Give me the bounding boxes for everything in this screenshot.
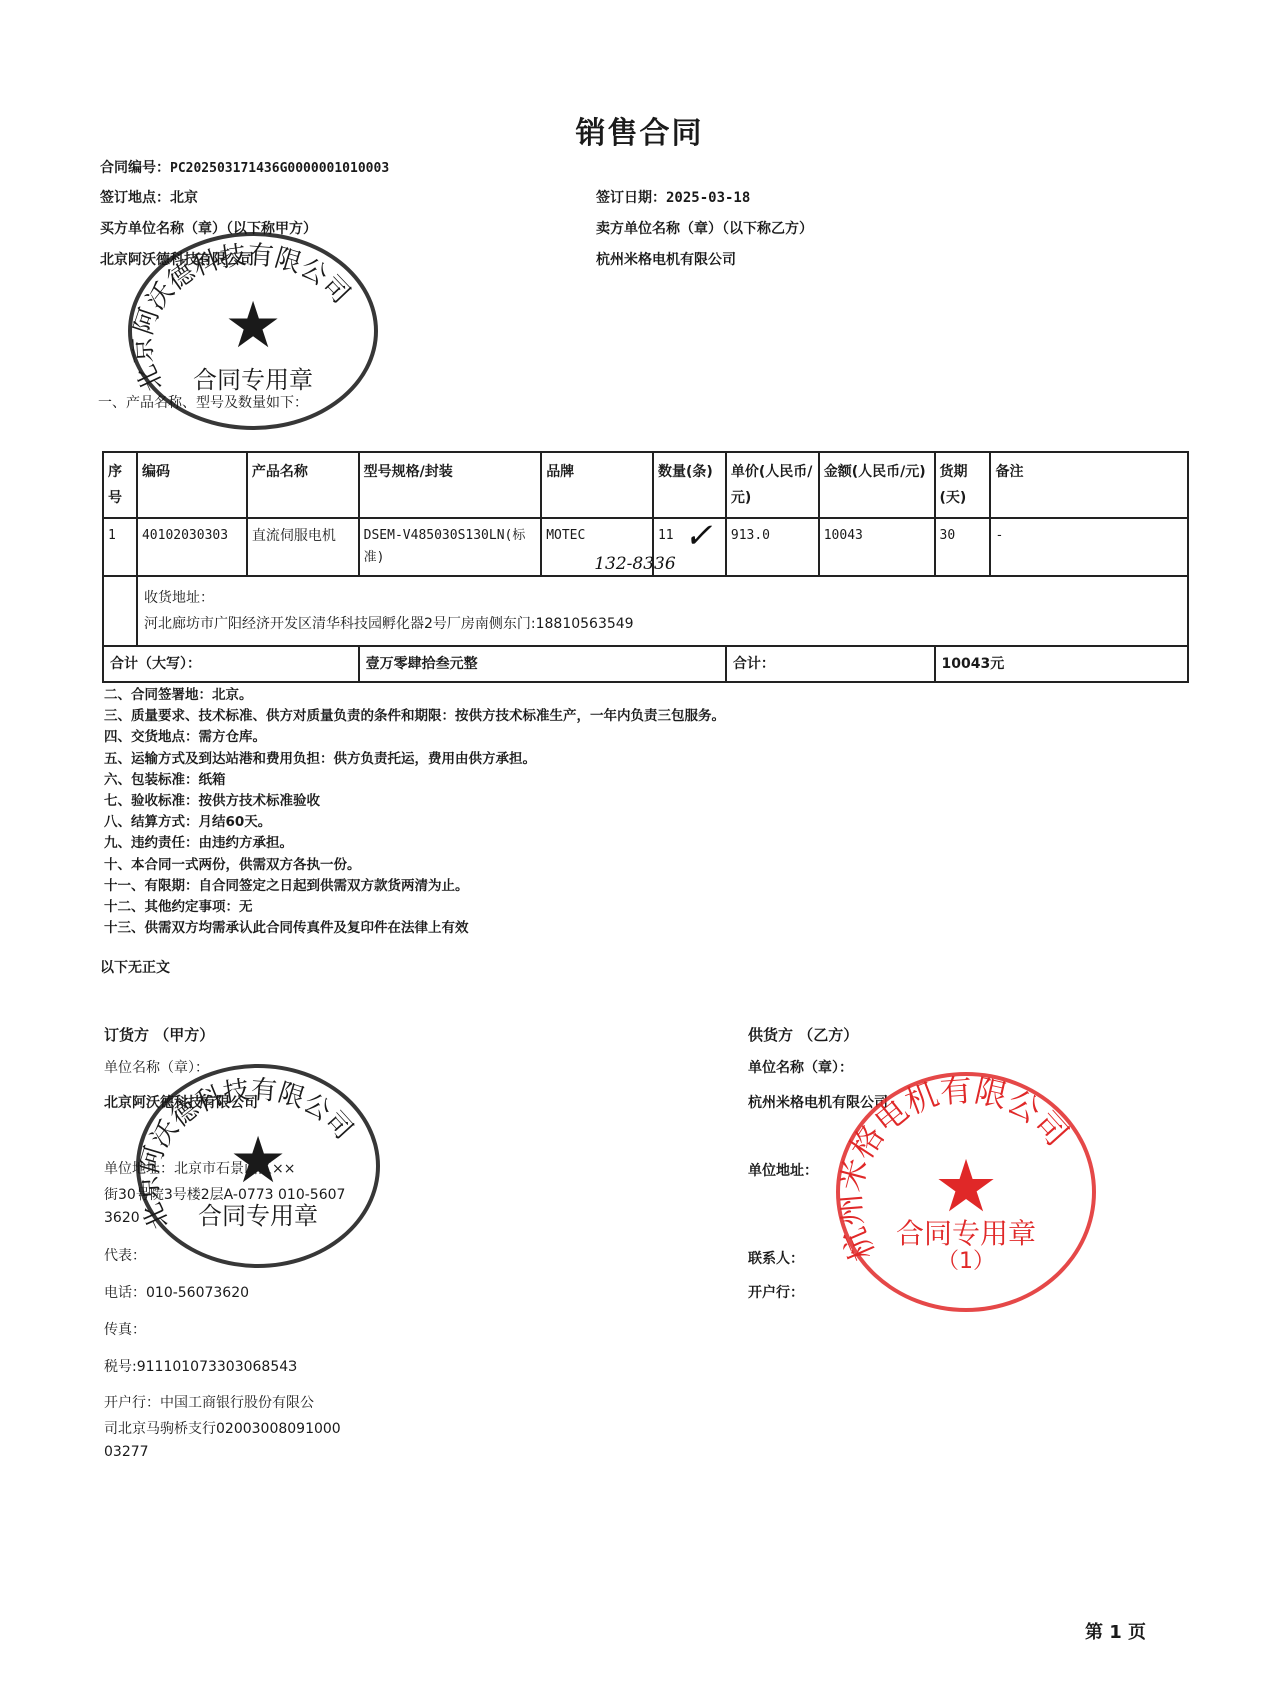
buyer-bank-line2: 司北京马驹桥支行02003008091000: [104, 1418, 341, 1438]
term-item: 七、验收标准：按供方技术标准验收: [104, 791, 725, 812]
buyer-bank: 开户行：中国工商银行股份有限公: [104, 1392, 314, 1412]
seal-subtext: 合同专用章: [840, 1212, 1092, 1252]
buyer-address-label: 单位地址：: [104, 1161, 174, 1177]
cell-remark: -: [990, 518, 1188, 576]
page-number: 第 1 页: [1085, 1618, 1146, 1644]
sign-place-value: 北京: [170, 190, 198, 206]
buyer-bank-label: 开户行：: [104, 1395, 160, 1411]
buyer-name: 北京阿沃德科技有限公司: [100, 249, 254, 269]
cell-model: DSEM-V485030S130LN(标准): [359, 518, 542, 576]
term-item: 十一、有限期：自合同签定之日起到供需双方款货两清为止。: [104, 876, 725, 897]
quantity-value: 11: [658, 528, 674, 543]
term-item: 十、本合同一式两份，供需双方各执一份。: [104, 855, 725, 876]
delivery-address-label: 收货地址：: [144, 585, 1181, 611]
buyer-unit-name: 北京阿沃德科技有限公司: [104, 1092, 258, 1112]
header-remark: 备注: [990, 452, 1188, 518]
cell-amount: 10043: [819, 518, 935, 576]
cell-code: 40102030303: [137, 518, 247, 576]
contract-number-value: PC202503171436G0000001010003: [170, 161, 389, 176]
star-icon: ★: [934, 1150, 999, 1222]
cell-unit-price: 913.0: [726, 518, 819, 576]
term-item: 五、运输方式及到达站港和费用负担：供方负责托运，费用由供方承担。: [104, 749, 725, 770]
seller-name: 杭州米格电机有限公司: [596, 249, 736, 269]
section1-label: 一、产品名称、型号及数量如下：: [98, 392, 308, 412]
terms-list: 二、合同签署地：北京。 三、质量要求、技术标准、供方对质量负责的条件和期限：按供…: [104, 685, 725, 939]
header-product-name: 产品名称: [247, 452, 359, 518]
buyer-phone-value: 010-56073620: [146, 1285, 249, 1301]
table-header-row: 序号 编码 产品名称 型号规格/封装 品牌 数量(条) 单价(人民币/元) 金额…: [103, 452, 1188, 518]
total-row: 合计（大写）： 壹万零肆拾叁元整 合计： 10043元: [103, 646, 1188, 682]
items-table: 序号 编码 产品名称 型号规格/封装 品牌 数量(条) 单价(人民币/元) 金额…: [102, 451, 1189, 683]
header-amount: 金额(人民币/元): [819, 452, 935, 518]
star-icon: ★: [224, 294, 281, 358]
term-item: 四、交货地点：需方仓库。: [104, 727, 725, 748]
buyer-bank-line1: 中国工商银行股份有限公: [160, 1395, 314, 1411]
seller-address-label: 单位地址：: [748, 1160, 818, 1180]
sign-place: 签订地点：北京: [100, 187, 198, 207]
header-brand: 品牌: [541, 452, 653, 518]
seal-subtext: 合同专用章: [132, 360, 374, 395]
term-item: 六、包装标准：纸箱: [104, 770, 725, 791]
seller-label: 卖方单位名称（章）（以下称乙方）: [596, 218, 813, 238]
seller-heading: 供货方 （乙方）: [748, 1024, 858, 1045]
term-item: 二、合同签署地：北京。: [104, 685, 725, 706]
buyer-label: 买方单位名称（章）（以下称甲方）: [100, 218, 317, 238]
header-quantity: 数量(条): [653, 452, 726, 518]
buyer-address: 单位地址：北京市石景山区××: [104, 1158, 295, 1178]
buyer-address-line2: 街30号院3号楼2层A-0773 010-5607: [104, 1184, 345, 1204]
buyer-tax-value: 91110107330306854З: [137, 1359, 297, 1375]
address-spacer-cell: [103, 576, 137, 646]
buyer-phone: 电话：010-56073620: [104, 1282, 249, 1302]
delivery-address-cell: 收货地址： 河北廊坊市广阳经济开发区清华科技园孵化器2号厂房南侧东门:18810…: [137, 576, 1188, 646]
cell-brand: MOTEC 132-8336: [541, 518, 653, 576]
sign-date-label: 签订日期：: [596, 190, 666, 206]
buyer-bank-line3: 03277: [104, 1444, 149, 1460]
sign-date-value: 2025-03-18: [666, 190, 750, 206]
header-code: 编码: [137, 452, 247, 518]
buyer-fax-label: 传真：: [104, 1319, 146, 1339]
sign-place-label: 签订地点：: [100, 190, 170, 206]
buyer-unit-name-label: 单位名称（章）：: [104, 1057, 209, 1077]
term-item: 十三、供需双方均需承认此合同传真件及复印件在法律上有效: [104, 918, 725, 939]
total-upper-label: 合计（大写）：: [103, 646, 359, 682]
contract-number: 合同编号：PC202503171436G0000001010003: [100, 157, 389, 177]
buyer-address-line1: 北京市石景山区××: [174, 1161, 295, 1177]
delivery-address-row: 收货地址： 河北廊坊市广阳经济开发区清华科技园孵化器2号厂房南侧东门:18810…: [103, 576, 1188, 646]
term-item: 十二、其他约定事项：无: [104, 897, 725, 918]
cell-lead-time: 30: [935, 518, 991, 576]
header-unit-price: 单价(人民币/元): [726, 452, 819, 518]
buyer-tax: 税号:91110107330306854З: [104, 1356, 297, 1376]
cell-no: 1: [103, 518, 137, 576]
buyer-address-line3: 3620: [104, 1210, 140, 1226]
buyer-heading: 订货方 （甲方）: [104, 1024, 214, 1045]
table-row: 1 40102030303 直流伺服电机 DSEM-V485030S130LN(…: [103, 518, 1188, 576]
buyer-phone-label: 电话：: [104, 1285, 146, 1301]
total-label: 合计：: [726, 646, 935, 682]
sign-date: 签订日期：2025-03-18: [596, 187, 750, 207]
header-lead-time: 货期(天): [935, 452, 991, 518]
total-value: 10043元: [935, 646, 1188, 682]
header-model: 型号规格/封装: [359, 452, 542, 518]
total-upper-value: 壹万零肆拾叁元整: [359, 646, 726, 682]
buyer-tax-label: 税号:: [104, 1359, 137, 1375]
cell-product-name: 直流伺服电机: [247, 518, 359, 576]
seller-unit-name: 杭州米格电机有限公司: [748, 1092, 888, 1112]
term-item: 九、违约责任：由违约方承担。: [104, 833, 725, 854]
header-no: 序号: [103, 452, 137, 518]
buyer-rep-label: 代表：: [104, 1245, 146, 1265]
contract-number-label: 合同编号：: [100, 160, 170, 176]
brand-value: MOTEC: [546, 528, 585, 543]
cell-quantity: 11 ✓: [653, 518, 726, 576]
delivery-address: 河北廊坊市广阳经济开发区清华科技园孵化器2号厂房南侧东门:18810563549: [144, 611, 1181, 637]
seller-unit-name-label: 单位名称（章）：: [748, 1057, 853, 1077]
seller-contact-label: 联系人：: [748, 1248, 804, 1268]
term-item: 三、质量要求、技术标准、供方对质量负责的条件和期限：按供方技术标准生产，一年内负…: [104, 706, 725, 727]
seal-index: （1）: [840, 1244, 1092, 1275]
seller-bank-label: 开户行：: [748, 1282, 804, 1302]
document-title: 销售合同: [0, 108, 1279, 152]
handwritten-checkmark-icon: ✓: [684, 525, 713, 547]
term-item: 八、结算方式：月结60天。: [104, 812, 725, 833]
end-note: 以下无正文: [100, 957, 170, 977]
